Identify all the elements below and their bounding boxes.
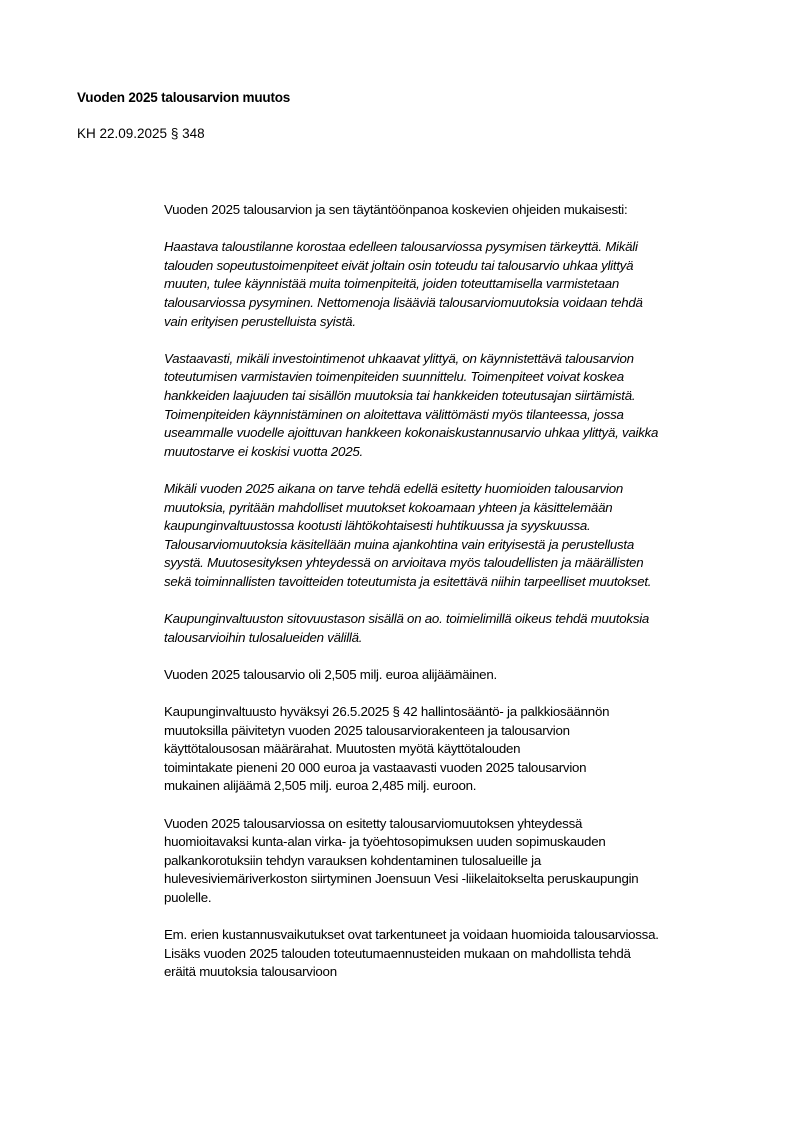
- paragraph: Em. erien kustannusvaikutukset ovat tark…: [164, 926, 764, 982]
- text-line: muutoksilla päivitetyn vuoden 2025 talou…: [164, 722, 764, 741]
- text-line: syystä. Muutosesityksen yhteydessä on ar…: [164, 554, 764, 573]
- text-line: talousarviossa pysyminen. Nettomenoja li…: [164, 294, 764, 313]
- text-line: talouden sopeutustoimenpiteet eivät jolt…: [164, 257, 764, 276]
- text-line: Em. erien kustannusvaikutukset ovat tark…: [164, 926, 764, 945]
- meeting-reference: KH 22.09.2025 § 348: [77, 126, 205, 141]
- text-line: Vuoden 2025 talousarviossa on esitetty t…: [164, 815, 764, 834]
- text-line: useammalle vuodelle ajoittuvan hankkeen …: [164, 424, 764, 443]
- text-line: kaupunginvaltuustossa kootusti lähtökoht…: [164, 517, 764, 536]
- text-line: toteutumisen varmistavien toimenpiteiden…: [164, 368, 764, 387]
- text-line: Kaupunginvaltuuston sitovuustason sisäll…: [164, 610, 764, 629]
- text-line: vain erityisen perustelluista syistä.: [164, 313, 764, 332]
- text-line: talousarvioihin tulosalueiden välillä.: [164, 629, 764, 648]
- text-line: sekä toiminnallisten tavoitteiden toteut…: [164, 573, 764, 592]
- text-line: Vuoden 2025 talousarvio oli 2,505 milj. …: [164, 666, 764, 685]
- text-line: palkankorotuksiin tehdyn varauksen kohde…: [164, 852, 764, 871]
- text-line: Haastava taloustilanne korostaa edelleen…: [164, 238, 764, 257]
- paragraph: Mikäli vuoden 2025 aikana on tarve tehdä…: [164, 480, 764, 592]
- text-line: Talousarviomuutoksia käsitellään muina a…: [164, 536, 764, 555]
- paragraph: Kaupunginvaltuuston sitovuustason sisäll…: [164, 610, 764, 647]
- paragraph: Vuoden 2025 talousarviossa on esitetty t…: [164, 815, 764, 908]
- paragraph: Vuoden 2025 talousarvion ja sen täytäntö…: [164, 201, 764, 220]
- paragraph: Vastaavasti, mikäli investointimenot uhk…: [164, 350, 764, 462]
- paragraph: Vuoden 2025 talousarvio oli 2,505 milj. …: [164, 666, 764, 685]
- text-line: hulevesiviemäriverkoston siirtyminen Joe…: [164, 870, 764, 889]
- text-line: muutoksia, pyritään mahdolliset muutokse…: [164, 499, 764, 518]
- text-line: Lisäks vuoden 2025 talouden toteutumaenn…: [164, 945, 764, 964]
- document-title: Vuoden 2025 talousarvion muutos: [77, 90, 290, 105]
- text-line: käyttötalousosan määrärahat. Muutosten m…: [164, 740, 764, 759]
- document-body: Vuoden 2025 talousarvion ja sen täytäntö…: [164, 201, 764, 1001]
- text-line: eräitä muutoksia talousarvioon: [164, 963, 764, 982]
- text-line: muutostarve ei koskisi vuotta 2025.: [164, 443, 764, 462]
- text-line: Vuoden 2025 talousarvion ja sen täytäntö…: [164, 201, 764, 220]
- text-line: puolelle.: [164, 889, 764, 908]
- text-line: muuten, tulee käynnistää muita toimenpit…: [164, 275, 764, 294]
- text-line: mukainen alijäämä 2,505 milj. euroa 2,48…: [164, 777, 764, 796]
- text-line: Toimenpiteiden käynnistäminen on aloitet…: [164, 406, 764, 425]
- text-line: huomioitavaksi kunta-alan virka- ja työe…: [164, 833, 764, 852]
- text-line: Mikäli vuoden 2025 aikana on tarve tehdä…: [164, 480, 764, 499]
- text-line: Kaupunginvaltuusto hyväksyi 26.5.2025 § …: [164, 703, 764, 722]
- text-line: hankkeiden laajuuden tai sisällön muutok…: [164, 387, 764, 406]
- paragraph: Haastava taloustilanne korostaa edelleen…: [164, 238, 764, 331]
- paragraph: Kaupunginvaltuusto hyväksyi 26.5.2025 § …: [164, 703, 764, 796]
- text-line: toimintakate pieneni 20 000 euroa ja vas…: [164, 759, 764, 778]
- text-line: Vastaavasti, mikäli investointimenot uhk…: [164, 350, 764, 369]
